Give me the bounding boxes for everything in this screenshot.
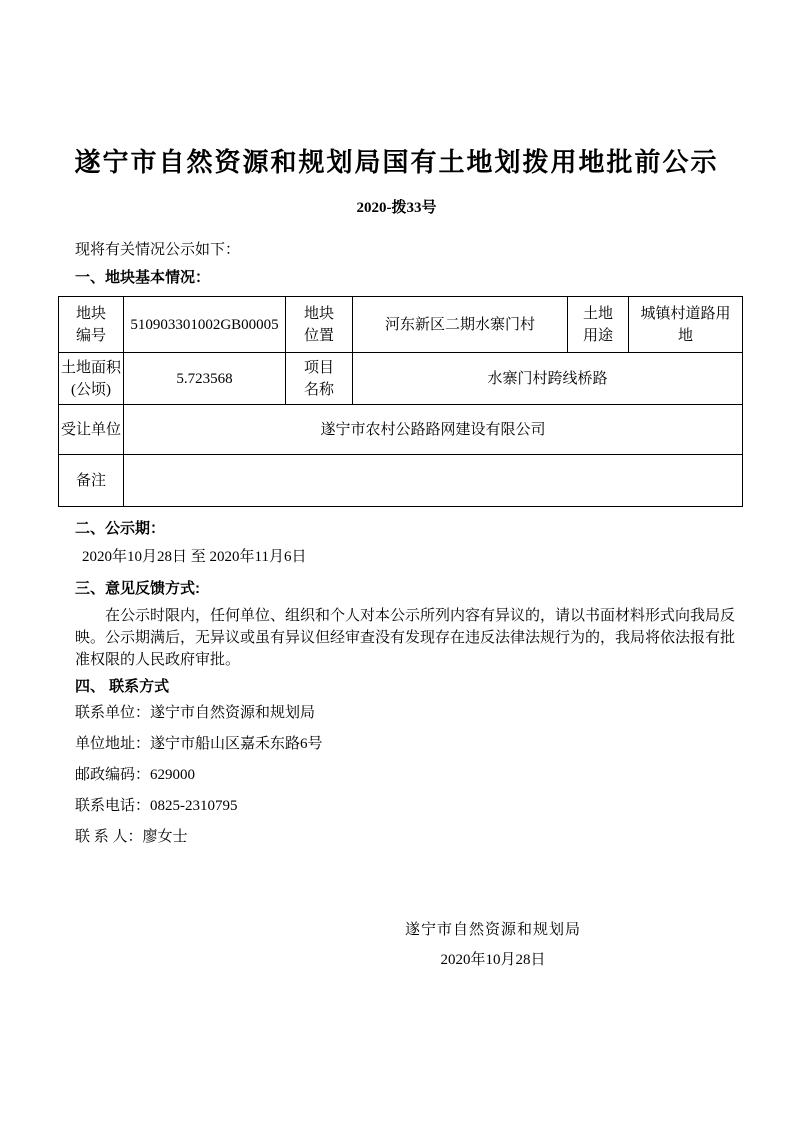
remarks-value [124, 455, 743, 507]
transferee-label: 受让单位 [59, 405, 124, 455]
signature-date: 2020年10月28日 [363, 950, 623, 970]
contact-unit: 联系单位：遂宁市自然资源和规划局 [75, 703, 793, 723]
table-row: 土地面积 (公顷) 5.723568 项目 名称 水寨门村跨线桥路 [59, 353, 743, 405]
plot-number-label: 地块 编号 [59, 297, 124, 353]
land-use-label: 土地 用途 [568, 297, 629, 353]
plot-info-table: 地块 编号 510903301002GB00005 地块 位置 河东新区二期水寨… [58, 296, 743, 507]
plot-number-value: 510903301002GB00005 [124, 297, 286, 353]
intro-text: 现将有关情况公示如下： [75, 240, 793, 260]
document-page: 遂宁市自然资源和规划局国有土地划拨用地批前公示 2020-拨33号 现将有关情况… [0, 0, 793, 1122]
section4-heading: 四、 联系方式 [75, 677, 793, 697]
land-area-value: 5.723568 [124, 353, 286, 405]
section2-heading: 二、公示期： [75, 519, 793, 539]
land-use-value: 城镇村道路用 地 [629, 297, 743, 353]
contact-person: 联 系 人：廖女士 [75, 827, 793, 847]
publicity-period: 2020年10月28日 至 2020年11月6日 [82, 547, 793, 567]
remarks-label: 备注 [59, 455, 124, 507]
contact-address: 单位地址：遂宁市船山区嘉禾东路6号 [75, 734, 793, 754]
plot-location-label: 地块 位置 [286, 297, 353, 353]
section3-heading: 三、意见反馈方式: [75, 579, 793, 599]
transferee-value: 遂宁市农村公路路网建设有限公司 [124, 405, 743, 455]
table-row: 地块 编号 510903301002GB00005 地块 位置 河东新区二期水寨… [59, 297, 743, 353]
land-area-label: 土地面积 (公顷) [59, 353, 124, 405]
project-name-label: 项目 名称 [286, 353, 353, 405]
feedback-paragraph: 在公示时限内，任何单位、组织和个人对本公示所列内容有异议的，请以书面材料形式向我… [75, 605, 735, 671]
plot-location-value: 河东新区二期水寨门村 [353, 297, 568, 353]
project-name-value: 水寨门村跨线桥路 [353, 353, 743, 405]
doc-number: 2020-拨33号 [0, 198, 793, 218]
contact-postcode: 邮政编码：629000 [75, 765, 793, 785]
section1-heading: 一、地块基本情况： [75, 268, 793, 288]
table-row: 备注 [59, 455, 743, 507]
page-title: 遂宁市自然资源和规划局国有土地划拨用地批前公示 [0, 146, 793, 180]
table-row: 受让单位 遂宁市农村公路路网建设有限公司 [59, 405, 743, 455]
signature-block: 遂宁市自然资源和规划局 2020年10月28日 [363, 920, 623, 970]
signature-org: 遂宁市自然资源和规划局 [363, 920, 623, 940]
contact-phone: 联系电话：0825-2310795 [75, 796, 793, 816]
